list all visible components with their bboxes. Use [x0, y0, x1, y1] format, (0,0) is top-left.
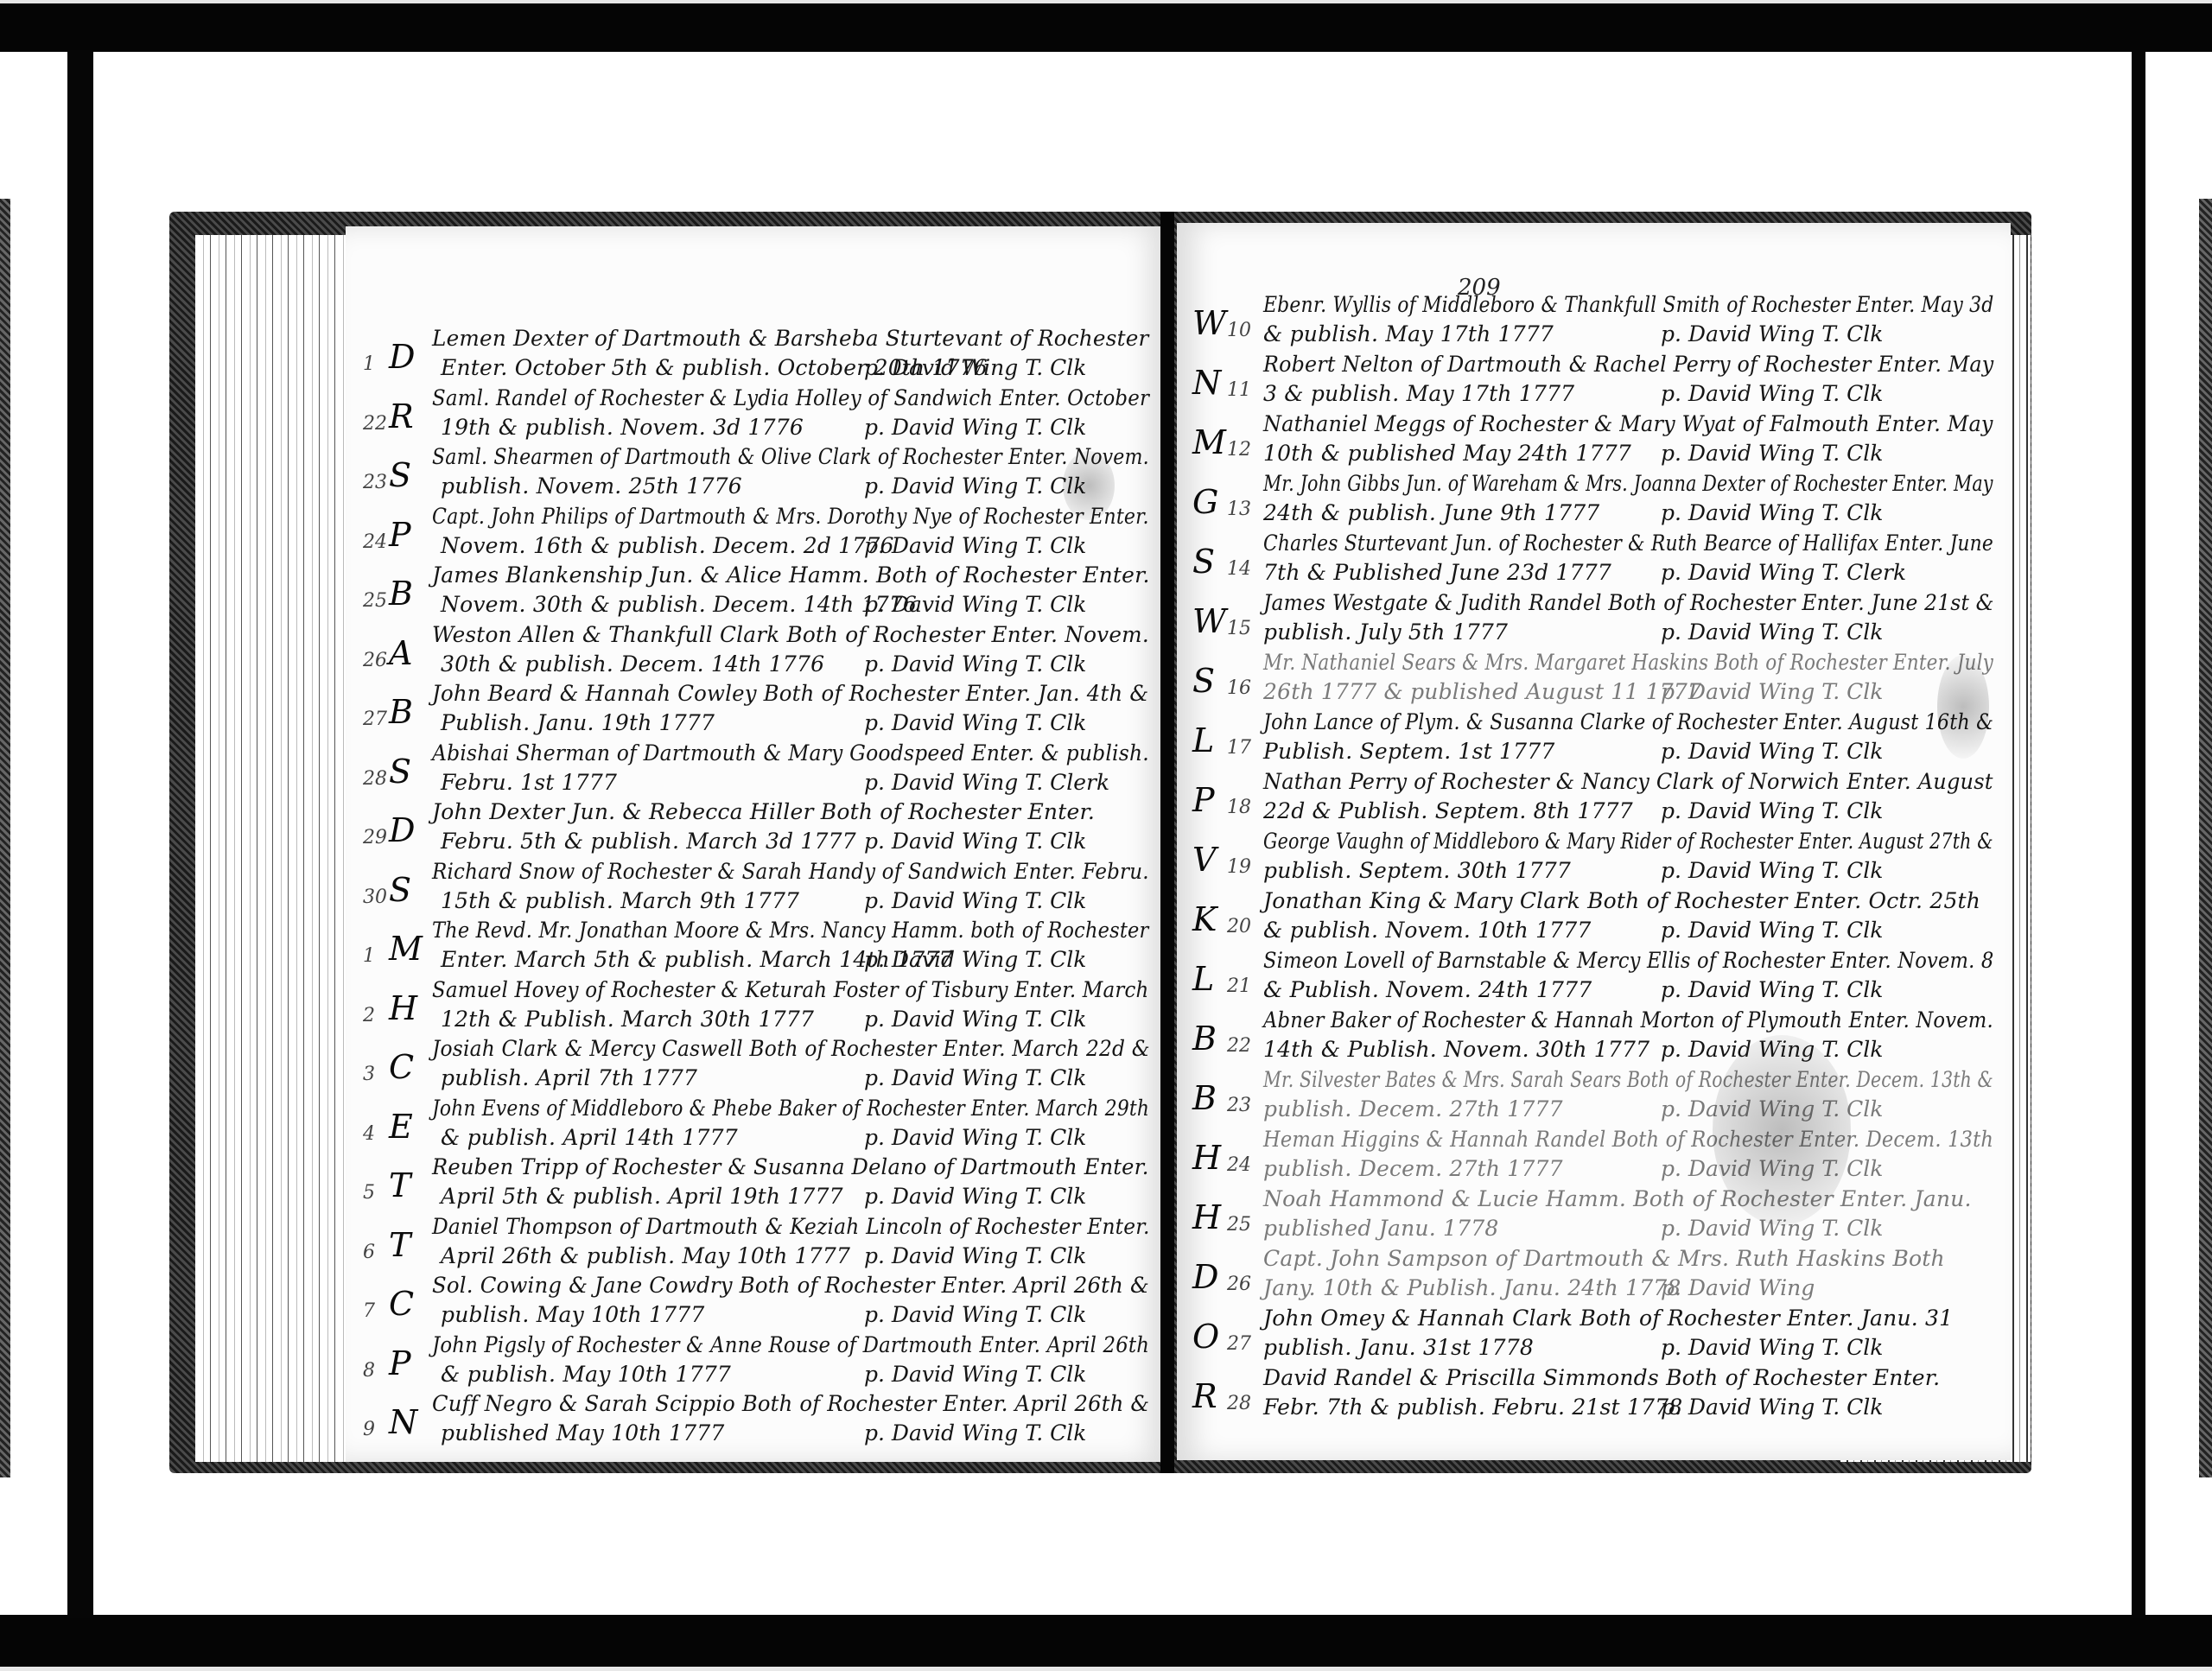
book-gutter — [1160, 212, 1174, 1473]
entry-number: 14 — [1227, 558, 1251, 580]
entry-dates-line: April 26th & publish. May 10th 1777 — [441, 1243, 850, 1268]
entry-dates-line: published Janu. 1778 — [1263, 1216, 1498, 1241]
index-letter: N — [1192, 364, 1221, 402]
index-letter: S — [389, 456, 411, 494]
entry-dates-line: 19th & publish. Novem. 3d 1776 — [441, 415, 804, 440]
index-letter: B — [1192, 1079, 1217, 1117]
index-letter: G — [1192, 483, 1218, 521]
index-letter: O — [1192, 1318, 1219, 1356]
clerk-signature: p. David Wing T. Clk — [1661, 1335, 1883, 1360]
index-letter: D — [389, 811, 415, 849]
index-letter: P — [389, 1344, 411, 1382]
entry-number: 3 — [363, 1064, 375, 1085]
index-letter: H — [1192, 1198, 1221, 1236]
entry-names-line: James Blankenship Jun. & Alice Hamm. Bot… — [432, 562, 1150, 588]
entry-number: 15 — [1227, 618, 1251, 639]
entry-number: 23 — [1227, 1095, 1251, 1116]
entry-number: 27 — [1227, 1333, 1251, 1355]
entry-names-line: Reuben Tripp of Rochester & Susanna Dela… — [432, 1154, 1149, 1179]
index-letter: B — [389, 693, 413, 731]
entry-names-line: Samuel Hovey of Rochester & Keturah Fost… — [432, 977, 1148, 1002]
entry-names-line: Abner Baker of Rochester & Hannah Morton… — [1263, 1007, 1993, 1032]
index-letter: T — [389, 1166, 410, 1204]
index-letter: D — [1192, 1258, 1218, 1296]
entry-dates-line: Novem. 16th & publish. Decem. 2d 1776 — [441, 533, 894, 558]
entry-names-line: John Lance of Plym. & Susanna Clarke of … — [1263, 709, 1993, 734]
clerk-signature: p. David Wing T. Clk — [1661, 739, 1883, 764]
entry-dates-line: 22d & Publish. Septem. 8th 1777 — [1263, 798, 1633, 823]
entry-dates-line: Jany. 10th & Publish. Janu. 24th 1778 — [1263, 1275, 1681, 1300]
index-letter: L — [1192, 960, 1214, 998]
entry-dates-line: Novem. 30th & publish. Decem. 14th 1776 — [441, 592, 917, 617]
entry-number: 4 — [363, 1123, 375, 1145]
index-letter: N — [389, 1403, 417, 1441]
entry-number: 26 — [363, 650, 387, 671]
clerk-signature: p. David Wing T. Clk — [864, 1302, 1086, 1327]
entry-names-line: Mr. Silvester Bates & Mrs. Sarah Sears B… — [1263, 1067, 1993, 1092]
clerk-signature: p. David Wing T. Clk — [864, 592, 1086, 617]
entry-names-line: Nathaniel Meggs of Rochester & Mary Wyat… — [1263, 411, 1993, 436]
entry-dates-line: publish. Novem. 25th 1776 — [441, 473, 742, 499]
entry-names-line: John Pigsly of Rochester & Anne Rouse of… — [432, 1332, 1149, 1357]
entry-dates-line: published May 10th 1777 — [441, 1420, 724, 1445]
entry-number: 12 — [1227, 439, 1251, 461]
index-letter: M — [389, 930, 423, 968]
entry-dates-line: publish. Decem. 27th 1777 — [1263, 1096, 1563, 1121]
clerk-signature: p. David Wing T. Clk — [1661, 918, 1883, 943]
index-letter: H — [389, 989, 417, 1027]
clerk-signature: p. David Wing T. Clk — [1661, 381, 1883, 406]
entry-names-line: John Evens of Middleboro & Phebe Baker o… — [432, 1096, 1149, 1121]
entry-names-line: Simeon Lovell of Barnstable & Mercy Elli… — [1263, 948, 1993, 973]
clerk-signature: p. David Wing T. Clk — [1661, 679, 1883, 704]
entry-dates-line: 24th & publish. June 9th 1777 — [1263, 500, 1599, 525]
entry-number: 7 — [363, 1300, 375, 1322]
index-letter: C — [389, 1285, 414, 1323]
entry-number: 23 — [363, 472, 387, 493]
entry-number: 10 — [1227, 320, 1251, 341]
index-letter: A — [389, 634, 412, 672]
entry-dates-line: April 5th & publish. April 19th 1777 — [441, 1184, 843, 1209]
clerk-signature: p. David Wing T. Clk — [864, 1362, 1086, 1387]
entry-number: 6 — [363, 1242, 375, 1263]
entry-names-line: Jonathan King & Mary Clark Both of Roche… — [1263, 888, 1980, 913]
entry-names-line: Capt. John Sampson of Dartmouth & Mrs. R… — [1263, 1246, 1945, 1271]
entry-dates-line: 14th & Publish. Novem. 30th 1777 — [1263, 1037, 1649, 1062]
entry-number: 24 — [1227, 1154, 1251, 1176]
entry-number: 9 — [363, 1419, 375, 1440]
index-letter: R — [1192, 1377, 1217, 1415]
left-page: D1Lemen Dexter of Dartmouth & Barsheba S… — [346, 226, 1166, 1462]
index-letter: S — [1192, 543, 1215, 581]
entry-number: 2 — [363, 1005, 375, 1026]
index-letter: E — [389, 1108, 413, 1146]
entry-names-line: John Omey & Hannah Clark Both of Rochest… — [1263, 1306, 1953, 1331]
clerk-signature: p. David Wing T. Clk — [864, 355, 1086, 380]
entry-dates-line: & publish. May 17th 1777 — [1263, 321, 1554, 346]
clerk-signature: p. David Wing T. Clk — [1661, 798, 1883, 823]
entry-number: 18 — [1227, 797, 1251, 818]
entry-names-line: James Westgate & Judith Randel Both of R… — [1263, 590, 1994, 615]
entry-number: 1 — [363, 945, 375, 967]
index-letter: C — [389, 1048, 414, 1086]
film-divider-left — [67, 50, 93, 1618]
entry-dates-line: publish. July 5th 1777 — [1263, 619, 1508, 645]
clerk-signature: p. David Wing T. Clk — [864, 1420, 1086, 1445]
index-letter: V — [1192, 841, 1216, 879]
adjacent-frame-right — [2199, 199, 2212, 1477]
entry-dates-line: 10th & published May 24th 1777 — [1263, 441, 1631, 466]
entry-names-line: George Vaughn of Middleboro & Mary Rider… — [1263, 829, 1993, 854]
entry-dates-line: 12th & Publish. March 30th 1777 — [441, 1007, 814, 1032]
entry-dates-line: 26th 1777 & published August 11 1777 — [1263, 679, 1701, 704]
entry-names-line: John Dexter Jun. & Rebecca Hiller Both o… — [432, 799, 1095, 824]
entry-dates-line: Publish. Janu. 19th 1777 — [441, 710, 715, 735]
index-letter: W — [1192, 304, 1226, 342]
entry-names-line: Capt. John Philips of Dartmouth & Mrs. D… — [432, 504, 1149, 529]
entry-number: 30 — [363, 886, 387, 908]
entry-number: 24 — [363, 531, 387, 553]
clerk-signature: p. David Wing T. Clk — [864, 829, 1086, 854]
index-letter: T — [389, 1226, 410, 1264]
entry-names-line: The Revd. Mr. Jonathan Moore & Mrs. Nanc… — [432, 918, 1148, 943]
entry-dates-line: & publish. May 10th 1777 — [441, 1362, 731, 1387]
entry-dates-line: & Publish. Novem. 24th 1777 — [1263, 977, 1592, 1002]
index-letter: K — [1192, 900, 1217, 938]
entry-names-line: Josiah Clark & Mercy Caswell Both of Roc… — [432, 1036, 1150, 1061]
entry-number: 25 — [363, 590, 387, 612]
entry-dates-line: 30th & publish. Decem. 14th 1776 — [441, 651, 824, 677]
index-letter: S — [389, 753, 411, 791]
clerk-signature: p. David Wing T. Clk — [1661, 500, 1883, 525]
clerk-signature: p. David Wing T. Clk — [864, 1125, 1086, 1150]
clerk-signature: p. David Wing T. Clerk — [1661, 560, 1906, 585]
entry-number: 26 — [1227, 1274, 1251, 1295]
clerk-signature: p. David Wing T. Clk — [1661, 1395, 1883, 1420]
clerk-signature: p. David Wing T. Clk — [864, 1065, 1086, 1090]
clerk-signature: p. David Wing T. Clk — [1661, 619, 1883, 645]
clerk-signature: p. David Wing T. Clk — [864, 651, 1086, 677]
ink-smudge — [1937, 655, 1989, 759]
entry-names-line: Cuff Negro & Sarah Scippio Both of Roche… — [432, 1391, 1149, 1416]
entry-number: 13 — [1227, 499, 1251, 520]
entry-number: 1 — [363, 353, 375, 375]
entry-number: 17 — [1227, 737, 1251, 759]
entry-dates-line: 3 & publish. May 17th 1777 — [1263, 381, 1574, 406]
entry-number: 5 — [363, 1182, 375, 1204]
clerk-signature: p. David Wing T. Clk — [1661, 321, 1883, 346]
clerk-signature: p. David Wing T. Clerk — [864, 770, 1109, 795]
clerk-signature: p. David Wing T. Clk — [1661, 858, 1883, 883]
entry-number: 21 — [1227, 975, 1251, 997]
entry-number: 25 — [1227, 1214, 1251, 1236]
entry-names-line: Daniel Thompson of Dartmouth & Keziah Li… — [432, 1214, 1150, 1239]
entry-number: 11 — [1227, 379, 1251, 401]
index-letter: M — [1192, 423, 1226, 461]
film-divider-right — [2132, 50, 2145, 1618]
index-letter: L — [1192, 721, 1214, 759]
entry-names-line: Mr. Nathaniel Sears & Mrs. Margaret Hask… — [1263, 650, 1993, 675]
clerk-signature: p. David Wing T. Clk — [1661, 977, 1883, 1002]
clerk-signature: p. David Wing T. Clk — [864, 473, 1086, 499]
entry-dates-line: 7th & Published June 23d 1777 — [1263, 560, 1611, 585]
clerk-signature: p. David Wing T. Clk — [864, 710, 1086, 735]
clerk-signature: p. David Wing T. Clk — [864, 415, 1086, 440]
index-letter: S — [1192, 662, 1215, 700]
ink-smudge — [1063, 451, 1115, 520]
entry-dates-line: publish. Decem. 27th 1777 — [1263, 1156, 1563, 1181]
entry-names-line: Sol. Cowing & Jane Cowdry Both of Roches… — [432, 1273, 1149, 1298]
entry-names-line: Robert Nelton of Dartmouth & Rachel Perr… — [1263, 352, 1993, 377]
entry-names-line: Ebenr. Wyllis of Middleboro & Thankfull … — [1263, 292, 1993, 317]
entry-names-line: Abishai Sherman of Dartmouth & Mary Good… — [432, 740, 1149, 766]
clerk-signature: p. David Wing T. Clk — [864, 1007, 1086, 1032]
entry-dates-line: Febr. 7th & publish. Febru. 21st 1778 — [1263, 1395, 1682, 1420]
entry-number: 29 — [363, 827, 387, 848]
clerk-signature: p. David Wing — [1661, 1275, 1815, 1300]
entry-number: 19 — [1227, 856, 1251, 878]
entry-dates-line: Febru. 1st 1777 — [441, 770, 617, 795]
index-letter: W — [1192, 602, 1226, 640]
right-page: 209 W10Ebenr. Wyllis of Middleboro & Tha… — [1177, 223, 2011, 1460]
entry-dates-line: & publish. April 14th 1777 — [441, 1125, 738, 1150]
entry-names-line: Lemen Dexter of Dartmouth & Barsheba Stu… — [432, 326, 1149, 351]
clerk-signature: p. David Wing T. Clk — [864, 533, 1086, 558]
clerk-signature: p. David Wing T. Clk — [1661, 441, 1883, 466]
entry-number: 8 — [363, 1360, 375, 1382]
index-letter: B — [389, 575, 413, 613]
entry-names-line: John Beard & Hannah Cowley Both of Roche… — [432, 681, 1148, 706]
entry-number: 28 — [363, 768, 387, 790]
entry-names-line: Weston Allen & Thankfull Clark Both of R… — [432, 622, 1149, 647]
clerk-signature: p. David Wing T. Clk — [864, 1243, 1086, 1268]
entry-dates-line: publish. May 10th 1777 — [441, 1302, 704, 1327]
entry-number: 27 — [363, 708, 387, 730]
clerk-signature: p. David Wing T. Clk — [864, 888, 1086, 913]
entry-names-line: Saml. Shearmen of Dartmouth & Olive Clar… — [432, 444, 1149, 469]
film-bar-top — [0, 0, 2212, 52]
index-letter: R — [389, 397, 414, 435]
entry-dates-line: & publish. Novem. 10th 1777 — [1263, 918, 1592, 943]
entry-number: 22 — [363, 413, 387, 435]
index-letter: P — [1192, 781, 1215, 819]
ink-smudge — [1713, 1035, 1851, 1225]
entry-dates-line: publish. April 7th 1777 — [441, 1065, 697, 1090]
entry-names-line: Noah Hammond & Lucie Hamm. Both of Roche… — [1263, 1186, 1972, 1211]
film-bar-bottom — [0, 1615, 2212, 1671]
entry-number: 16 — [1227, 677, 1251, 699]
entry-number: 28 — [1227, 1393, 1251, 1414]
clerk-signature: p. David Wing T. Clk — [864, 947, 1086, 972]
entry-names-line: Richard Snow of Rochester & Sarah Handy … — [432, 859, 1149, 884]
entry-number: 22 — [1227, 1035, 1251, 1057]
entry-names-line: David Randel & Priscilla Simmonds Both o… — [1263, 1365, 1940, 1390]
entry-dates-line: Publish. Septem. 1st 1777 — [1263, 739, 1554, 764]
index-letter: P — [389, 516, 411, 554]
index-letter: D — [389, 338, 415, 376]
entry-names-line: Heman Higgins & Hannah Randel Both of Ro… — [1263, 1127, 1993, 1152]
clerk-signature: p. David Wing T. Clk — [864, 1184, 1086, 1209]
entry-names-line: Charles Sturtevant Jun. of Rochester & R… — [1263, 531, 1993, 556]
entry-dates-line: publish. Janu. 31st 1778 — [1263, 1335, 1534, 1360]
adjacent-frame-left — [0, 199, 10, 1477]
entry-number: 20 — [1227, 916, 1251, 937]
entry-dates-line: Febru. 5th & publish. March 3d 1777 — [441, 829, 856, 854]
entry-names-line: Saml. Randel of Rochester & Lydia Holley… — [432, 385, 1149, 410]
index-letter: H — [1192, 1139, 1221, 1177]
index-letter: S — [389, 871, 411, 909]
entry-dates-line: 15th & publish. March 9th 1777 — [441, 888, 799, 913]
index-letter: B — [1192, 1020, 1217, 1058]
entry-names-line: Mr. John Gibbs Jun. of Wareham & Mrs. Jo… — [1263, 471, 1993, 496]
entry-dates-line: publish. Septem. 30th 1777 — [1263, 858, 1571, 883]
entry-names-line: Nathan Perry of Rochester & Nancy Clark … — [1263, 769, 1993, 794]
